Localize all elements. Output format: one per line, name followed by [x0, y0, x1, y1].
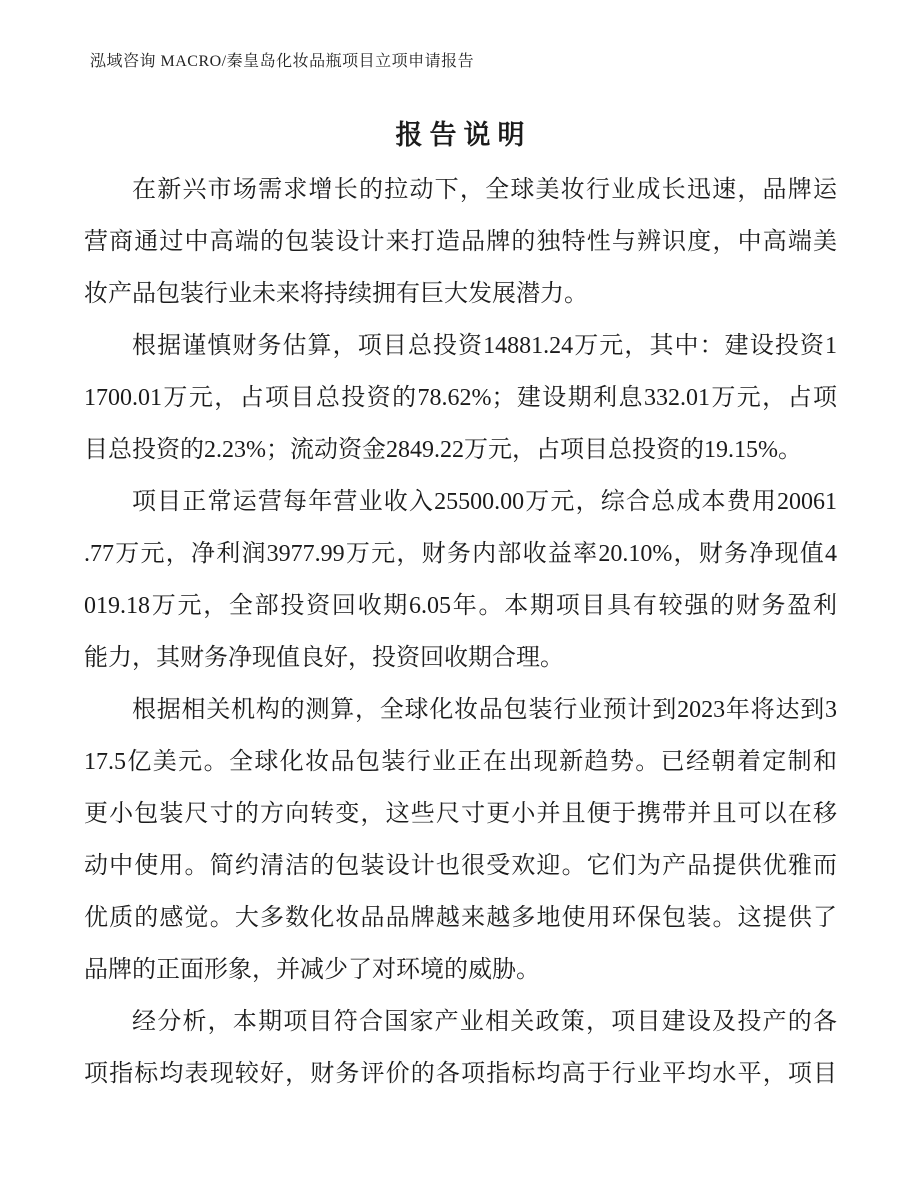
- text-line: 根据谨慎财务估算，项目总投资14881.24万元，其中：建设投资1: [84, 320, 837, 372]
- paragraph: 根据谨慎财务估算，项目总投资14881.24万元，其中：建设投资1 1700.0…: [84, 320, 837, 476]
- text-line: 营商通过中高端的包装设计来打造品牌的独特性与辨识度，中高端美: [84, 216, 837, 268]
- text-line: 根据相关机构的测算，全球化妆品包装行业预计到2023年将达到3: [84, 684, 837, 736]
- text-line: 经分析，本期项目符合国家产业相关政策，项目建设及投产的各: [84, 996, 837, 1048]
- page-title: 报告说明: [0, 117, 920, 153]
- text-line: 在新兴市场需求增长的拉动下，全球美妆行业成长迅速，品牌运: [84, 164, 837, 216]
- text-line: 妆产品包装行业未来将持续拥有巨大发展潜力。: [84, 268, 837, 320]
- paragraph: 根据相关机构的测算，全球化妆品包装行业预计到2023年将达到3 17.5亿美元。…: [84, 684, 837, 996]
- text-line: 更小包装尺寸的方向转变，这些尺寸更小并且便于携带并且可以在移: [84, 788, 837, 840]
- text-line: .77万元，净利润3977.99万元，财务内部收益率20.10%，财务净现值4: [84, 528, 837, 580]
- text-line: 项目正常运营每年营业收入25500.00万元，综合总成本费用20061: [84, 476, 837, 528]
- text-line: 品牌的正面形象，并减少了对环境的威胁。: [84, 944, 837, 996]
- text-line: 项指标均表现较好，财务评价的各项指标均高于行业平均水平，项目: [84, 1048, 837, 1100]
- text-line: 优质的感觉。大多数化妆品品牌越来越多地使用环保包装。这提供了: [84, 892, 837, 944]
- paragraph: 在新兴市场需求增长的拉动下，全球美妆行业成长迅速，品牌运 营商通过中高端的包装设…: [84, 164, 837, 320]
- text-line: 能力，其财务净现值良好，投资回收期合理。: [84, 632, 837, 684]
- text-line: 目总投资的2.23%；流动资金2849.22万元，占项目总投资的19.15%。: [84, 424, 837, 476]
- text-line: 1700.01万元，占项目总投资的78.62%；建设期利息332.01万元，占项: [84, 372, 837, 424]
- document-header-text: 泓域咨询 MACRO/秦皇岛化妆品瓶项目立项申请报告: [90, 51, 474, 73]
- text-line: 17.5亿美元。全球化妆品包装行业正在出现新趋势。已经朝着定制和: [84, 736, 837, 788]
- document-body: 在新兴市场需求增长的拉动下，全球美妆行业成长迅速，品牌运 营商通过中高端的包装设…: [84, 164, 837, 1100]
- document-page: { "meta": { "header": "泓域咨询 MACRO/秦皇岛化妆品…: [0, 0, 920, 1191]
- text-line: 019.18万元，全部投资回收期6.05年。本期项目具有较强的财务盈利: [84, 580, 837, 632]
- paragraph: 经分析，本期项目符合国家产业相关政策，项目建设及投产的各 项指标均表现较好，财务…: [84, 996, 837, 1100]
- paragraph: 项目正常运营每年营业收入25500.00万元，综合总成本费用20061 .77万…: [84, 476, 837, 684]
- text-line: 动中使用。简约清洁的包装设计也很受欢迎。它们为产品提供优雅而: [84, 840, 837, 892]
